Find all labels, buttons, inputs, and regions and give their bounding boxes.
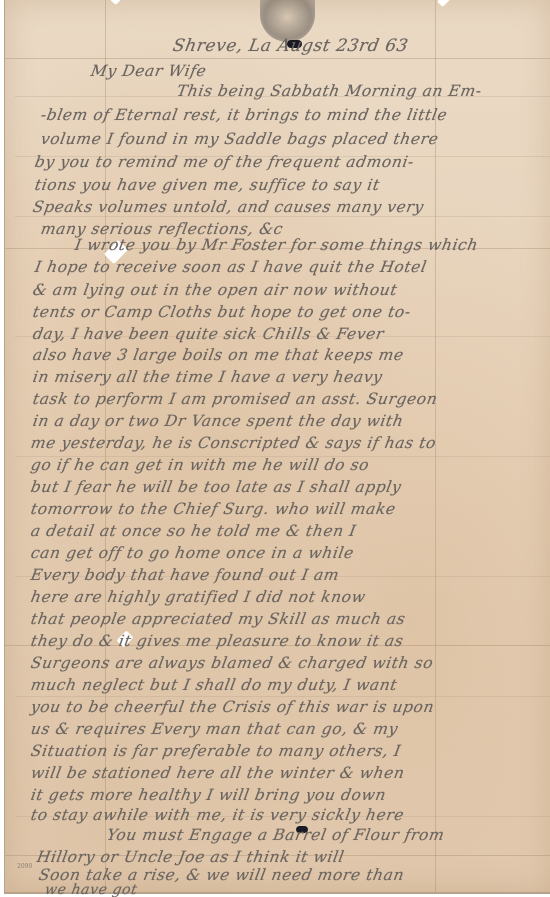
letter-line: to stay awhile with me, it is very sickl…	[29, 806, 405, 824]
letter-line: they do & it gives me pleasure to know i…	[29, 632, 405, 650]
letter-place-date: Shreve, La Augst 23rd 63	[171, 36, 410, 56]
letter-line: Speaks volumes untold, and causes many v…	[31, 198, 425, 216]
letter-line: also have 3 large boils on me that keeps…	[31, 346, 405, 364]
letter-line: Every body that have found out I am	[29, 566, 340, 584]
ruled-line	[15, 696, 550, 697]
letter-line: it gets more healthy I will bring you do…	[29, 786, 387, 804]
letter-line: day, I have been quite sick Chills & Fev…	[31, 325, 385, 343]
letter-line: task to perform I am promised an asst. S…	[31, 390, 439, 408]
letter-line: us & requires Every man that can go, & m…	[29, 720, 399, 738]
fold-line	[5, 58, 550, 59]
letter-line: tomorrow to the Chief Surg. who will mak…	[29, 500, 397, 518]
letter-line: & am lying out in the open air now witho…	[31, 281, 398, 299]
letter-line: will be stationed here all the winter & …	[29, 764, 406, 782]
letter-line: in misery all the time I have a very hea…	[31, 368, 384, 386]
letter-line: me yesterday, he is Conscripted & says i…	[29, 434, 437, 452]
paper-hole	[437, 0, 451, 7]
paper-hole	[110, 0, 124, 5]
letter-line: You must Engage a Barrel of Flour from	[105, 826, 446, 844]
letter-line: I hope to receive soon as I have quit th…	[33, 258, 428, 276]
letter-line: here are highly gratified I did not know	[29, 588, 367, 606]
letter-line: tions you have given me, suffice to say …	[33, 176, 381, 194]
ruled-line	[15, 216, 550, 217]
letter-line: but I fear he will be too late as I shal…	[29, 478, 402, 496]
letter-line: by you to remind me of the frequent admo…	[33, 153, 415, 171]
letter-line: a detail at once so he told me & then I	[29, 522, 357, 540]
letter-line: Situation is far preferable to many othe…	[29, 742, 402, 760]
letter-line: in a day or two Dr Vance spent the day w…	[31, 412, 405, 430]
letter-line: tents or Camp Cloths but hope to get one…	[31, 303, 412, 321]
letter-line: that people appreciated my Skill as much…	[29, 610, 407, 628]
letter-line: go if he can get in with me he will do s…	[29, 456, 370, 474]
letter-line: I wrote you by Mr Foster for some things…	[73, 236, 479, 254]
letter-line: Hillory or Uncle Joe as I think it will	[35, 848, 345, 866]
letter-line: can get off to go home once in a while	[29, 544, 355, 562]
letter-line: much neglect but I shall do my duty, I w…	[29, 676, 398, 694]
letter-line: This being Sabbath Morning an Em-	[175, 82, 483, 100]
letter-line: -blem of Eternal rest, it brings to mind…	[39, 106, 449, 124]
letter-line: you to be cheerful the Crisis of this wa…	[29, 698, 435, 716]
letter-line: Surgeons are always blamed & charged wit…	[29, 654, 434, 672]
margin-note: 2090	[17, 863, 32, 870]
letter-salutation: My Dear Wife	[89, 62, 208, 80]
letter-line: volume I found in my Saddle bags placed …	[39, 130, 440, 148]
letter-page: Shreve, La Augst 23rd 63 My Dear Wife Th…	[4, 0, 550, 894]
letter-line: we have got	[44, 882, 139, 897]
